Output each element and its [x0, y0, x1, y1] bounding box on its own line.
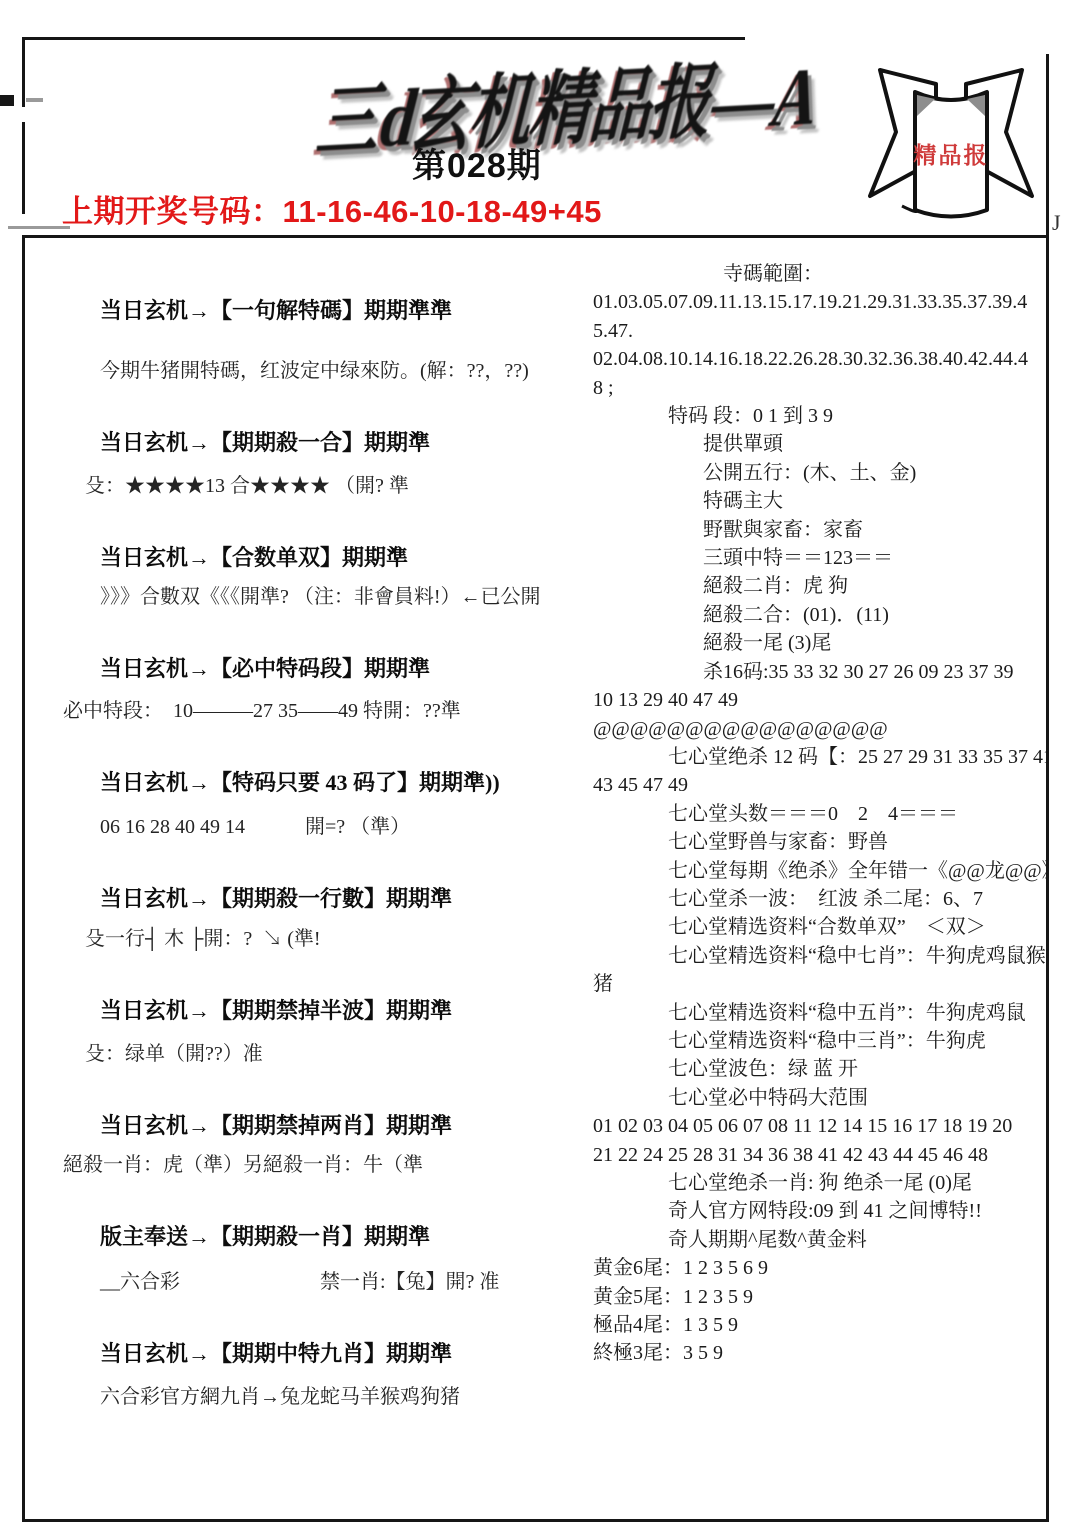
right-line: 七心堂头数＝＝＝0 2 4＝＝＝: [668, 800, 1046, 828]
left-border-segment: [22, 122, 25, 214]
corner-mark: J: [1052, 210, 1061, 236]
left-border-segment: [22, 37, 25, 107]
right-line: 七心堂精选资料“稳中三肖”：牛狗虎: [668, 1027, 1046, 1055]
hint-line: 殳：★★★★13 合★★★★ （開? 準: [85, 473, 583, 499]
right-line: 猪: [593, 970, 1046, 998]
last-draw-numbers: 上期开奖号码：11-16-46-10-18-49+45: [62, 186, 602, 231]
right-line: 七心堂野兽与家畜：野兽: [668, 828, 1046, 856]
right-line: 特码 段：0 1 到 3 9: [668, 402, 1046, 430]
hint-line: __六合彩 禁一肖:【兔】開? 准: [100, 1269, 583, 1295]
right-line: 01 02 03 04 05 06 07 08 11 12 14 15 16 1…: [593, 1112, 1046, 1140]
right-line: 特碼主大: [703, 487, 1046, 515]
right-line: 寺碼範圍：: [723, 260, 1046, 288]
right-line: 43 45 47 49: [593, 771, 1046, 799]
right-line: 21 22 24 25 28 31 34 36 38 41 42 43 44 4…: [593, 1141, 1046, 1169]
right-line: 黄金5尾：1 2 3 5 9: [593, 1283, 1046, 1311]
hint-line: 今期牛猪開特碼，红波定中绿來防。(解：??，??): [100, 358, 583, 384]
right-line: 七心堂精选资料“稳中七肖”：牛狗虎鸡鼠猴: [668, 942, 1046, 970]
right-line: 七心堂精选资料“稳中五肖”：牛狗虎鸡鼠: [668, 999, 1046, 1027]
right-line: 02.04.08.10.14.16.18.22.26.28.30.32.36.3…: [593, 345, 1046, 373]
right-line: 奇人官方网特段:09 到 41 之间博特!!: [668, 1197, 1046, 1225]
newspaper-page: 三d玄机精品报—A 第028期 上期开奖号码：11-16-46-10-18-49…: [0, 0, 1080, 1527]
hint-line: 06 16 28 40 49 14 開=? （準）: [100, 814, 583, 840]
bottom-border-line: [22, 1519, 1049, 1522]
right-line: 七心堂绝杀一肖: 狗 绝杀一尾 (0)尾: [668, 1169, 1046, 1197]
right-line: 奇人期期^尾数^黄金料: [668, 1226, 1046, 1254]
right-line: 七心堂必中特码大范围: [668, 1084, 1046, 1112]
right-line: 5.47.: [593, 317, 1046, 345]
right-column: 寺碼範圍： 01.03.05.07.09.11.13.15.17.19.21.2…: [593, 260, 1046, 1368]
content-left-border: [22, 235, 25, 1522]
right-line: 七心堂每期《绝杀》全年错一《@@龙@@》: [668, 857, 1046, 885]
hint-line: 必中特段： 10———27 35——49 特開：??準: [63, 698, 583, 724]
right-line: 絕殺一尾 (3)尾: [703, 629, 1046, 657]
hint-line: 絕殺一肖：虎（準）另絕殺一肖：牛（準: [63, 1152, 583, 1178]
right-line: 野獸與家畜：家畜: [703, 516, 1046, 544]
right-line: 黄金6尾：1 2 3 5 6 9: [593, 1254, 1046, 1282]
right-line: @@@@@@@@@@@@@@@@: [593, 715, 1046, 743]
hint-line: 六合彩官方網九肖→兔龙蛇马羊猴鸡狗猪: [100, 1384, 583, 1410]
right-line: 杀16码:35 33 32 30 27 26 09 23 37 39: [703, 658, 1046, 686]
right-line: 絕殺二肖：虎 狗: [703, 572, 1046, 600]
issue-number: 第028期: [412, 138, 542, 187]
content-top-border: [22, 235, 1049, 238]
right-line: 七心堂精选资料“合数单双” ＜双＞: [668, 913, 1046, 941]
hint-line: 殳：绿单（開??）准: [85, 1041, 583, 1067]
scan-smudge: [26, 98, 43, 102]
hint-line: 殳一行┤ 木 ├開：? ↘ (準!: [85, 926, 583, 952]
right-line: 三頭中特＝＝123＝＝: [703, 544, 1046, 572]
right-line: 終極3尾：3 5 9: [593, 1339, 1046, 1367]
right-line: 七心堂波色：绿 蓝 开: [668, 1055, 1046, 1083]
scan-smudge: [8, 226, 70, 229]
banner-label: 精品报: [914, 142, 989, 168]
left-section: 六合彩官方網九肖→兔龙蛇马羊猴鸡狗猪: [63, 1348, 583, 1473]
ribbon-banner-icon: 精品报: [862, 58, 1040, 232]
right-border-line: [1046, 54, 1049, 1521]
right-line: 絕殺二合：(01)．(11): [703, 601, 1046, 629]
right-line: 七心堂杀一波： 红波 杀二尾：6、7: [668, 885, 1046, 913]
scan-smudge: [0, 95, 14, 106]
hint-line: 》》》合數双《《《開準? （注：非會員料!）←已公開: [100, 584, 583, 610]
right-line: 10 13 29 40 47 49: [593, 686, 1046, 714]
right-line: 七心堂绝杀 12 码【：25 27 29 31 33 35 37 41: [668, 743, 1046, 771]
mystery-line: 当日玄机→【一句解特碼】期期準準: [100, 297, 583, 325]
right-line: 提供單頭: [703, 430, 1046, 458]
right-line: 01.03.05.07.09.11.13.15.17.19.21.29.31.3…: [593, 288, 1046, 316]
right-line: 8 ;: [593, 374, 1046, 402]
right-line: 極品4尾：1 3 5 9: [593, 1311, 1046, 1339]
right-line: 公開五行：(木、土、金): [703, 459, 1046, 487]
